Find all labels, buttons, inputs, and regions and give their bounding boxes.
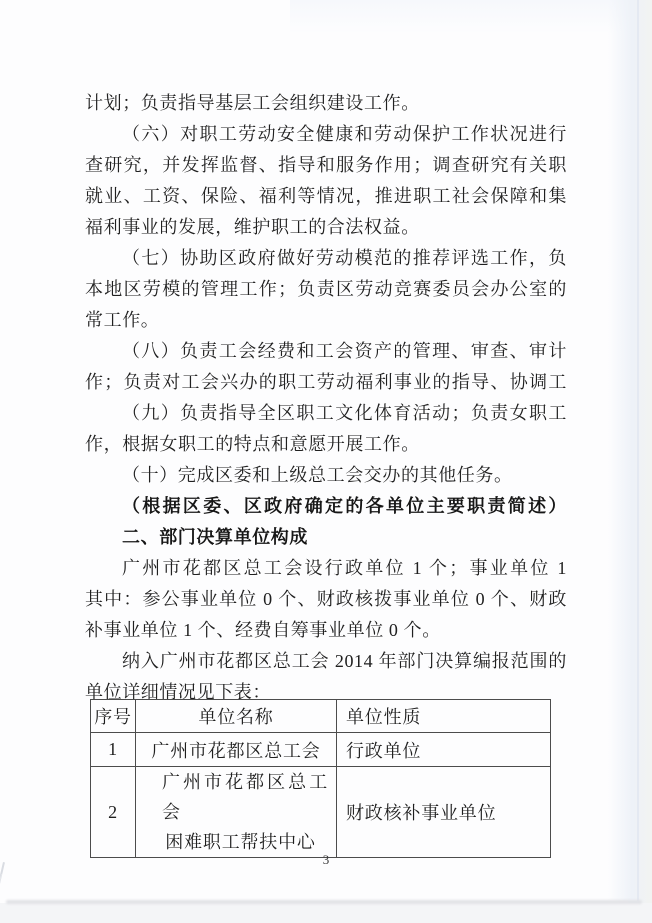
- body-line: 补事业单位 1 个、经费自筹事业单位 0 个。: [85, 615, 567, 646]
- body-line: （根据区委、区政府确定的各单位主要职责简述）: [85, 491, 567, 522]
- table-row: 1广州市花都区总工会行政单位: [91, 733, 551, 767]
- scan-bottom-shadow: [6, 900, 642, 904]
- scan-bottom-area: [0, 903, 652, 923]
- body-line: （六）对职工劳动安全健康和劳动保护工作状况进行调: [85, 119, 567, 150]
- body-line: 二、部门决算单位构成: [85, 522, 567, 553]
- body-line: 广州市花都区总工会设行政单位 1 个；事业单位 1 个，: [85, 553, 567, 584]
- body-line: 作；负责对工会兴办的职工劳动福利事业的指导、协调工作。: [85, 367, 567, 398]
- body-line: 本地区劳模的管理工作；负责区劳动竞赛委员会办公室的日: [85, 274, 567, 305]
- document-body: 计划；负责指导基层工会组织建设工作。（六）对职工劳动安全健康和劳动保护工作状况进…: [85, 88, 567, 708]
- document-page: 计划；负责指导基层工会组织建设工作。（六）对职工劳动安全健康和劳动保护工作状况进…: [0, 0, 652, 923]
- table-header-cell: 单位性质: [337, 700, 551, 733]
- units-table-head: 序号单位名称单位性质: [91, 700, 551, 733]
- table-header-cell: 单位名称: [136, 700, 337, 733]
- body-line: 其中：参公事业单位 0 个、财政核拨事业单位 0 个、财政核: [85, 584, 567, 615]
- body-line: （八）负责工会经费和工会资产的管理、审查、审计工: [85, 336, 567, 367]
- body-line: 作，根据女职工的特点和意愿开展工作。: [85, 429, 567, 460]
- cell-unit-nature: 行政单位: [337, 733, 551, 767]
- cell-unit-name: 广州市花都区总工会困难职工帮扶中心: [136, 767, 337, 858]
- body-line: （九）负责指导全区职工文化体育活动；负责女职工工: [85, 398, 567, 429]
- table-header-row: 序号单位名称单位性质: [91, 700, 551, 733]
- body-line: （十）完成区委和上级总工会交办的其他任务。: [85, 460, 567, 491]
- body-line: 查研究，并发挥监督、指导和服务作用；调查研究有关职工: [85, 150, 567, 181]
- cell-unit-index: 1: [91, 733, 136, 767]
- body-line: 常工作。: [85, 305, 567, 336]
- body-line: 福利事业的发展，维护职工的合法权益。: [85, 212, 567, 243]
- page-number: 3: [0, 852, 652, 870]
- body-line: （七）协助区政府做好劳动模范的推荐评选工作，负责: [85, 243, 567, 274]
- body-line: 纳入广州市花都区总工会 2014 年部门决算编报范围的: [85, 646, 567, 677]
- body-line: 就业、工资、保险、福利等情况，推进职工社会保障和集体: [85, 181, 567, 212]
- scan-edge-right: [608, 0, 652, 923]
- cell-unit-nature: 财政核补事业单位: [337, 767, 551, 858]
- table-header-cell: 序号: [91, 700, 136, 733]
- table-row: 2广州市花都区总工会困难职工帮扶中心财政核补事业单位: [91, 767, 551, 858]
- body-line: 计划；负责指导基层工会组织建设工作。: [85, 88, 567, 119]
- unit-name-line: 广州市花都区总工会: [136, 767, 336, 827]
- units-table-body: 1广州市花都区总工会行政单位2广州市花都区总工会困难职工帮扶中心财政核补事业单位: [91, 733, 551, 858]
- scan-haze-top: [290, 0, 652, 34]
- cell-unit-name: 广州市花都区总工会: [136, 733, 337, 767]
- cell-unit-index: 2: [91, 767, 136, 858]
- units-table: 序号单位名称单位性质 1广州市花都区总工会行政单位2广州市花都区总工会困难职工帮…: [90, 699, 551, 858]
- scan-edge-right-line: [637, 0, 639, 923]
